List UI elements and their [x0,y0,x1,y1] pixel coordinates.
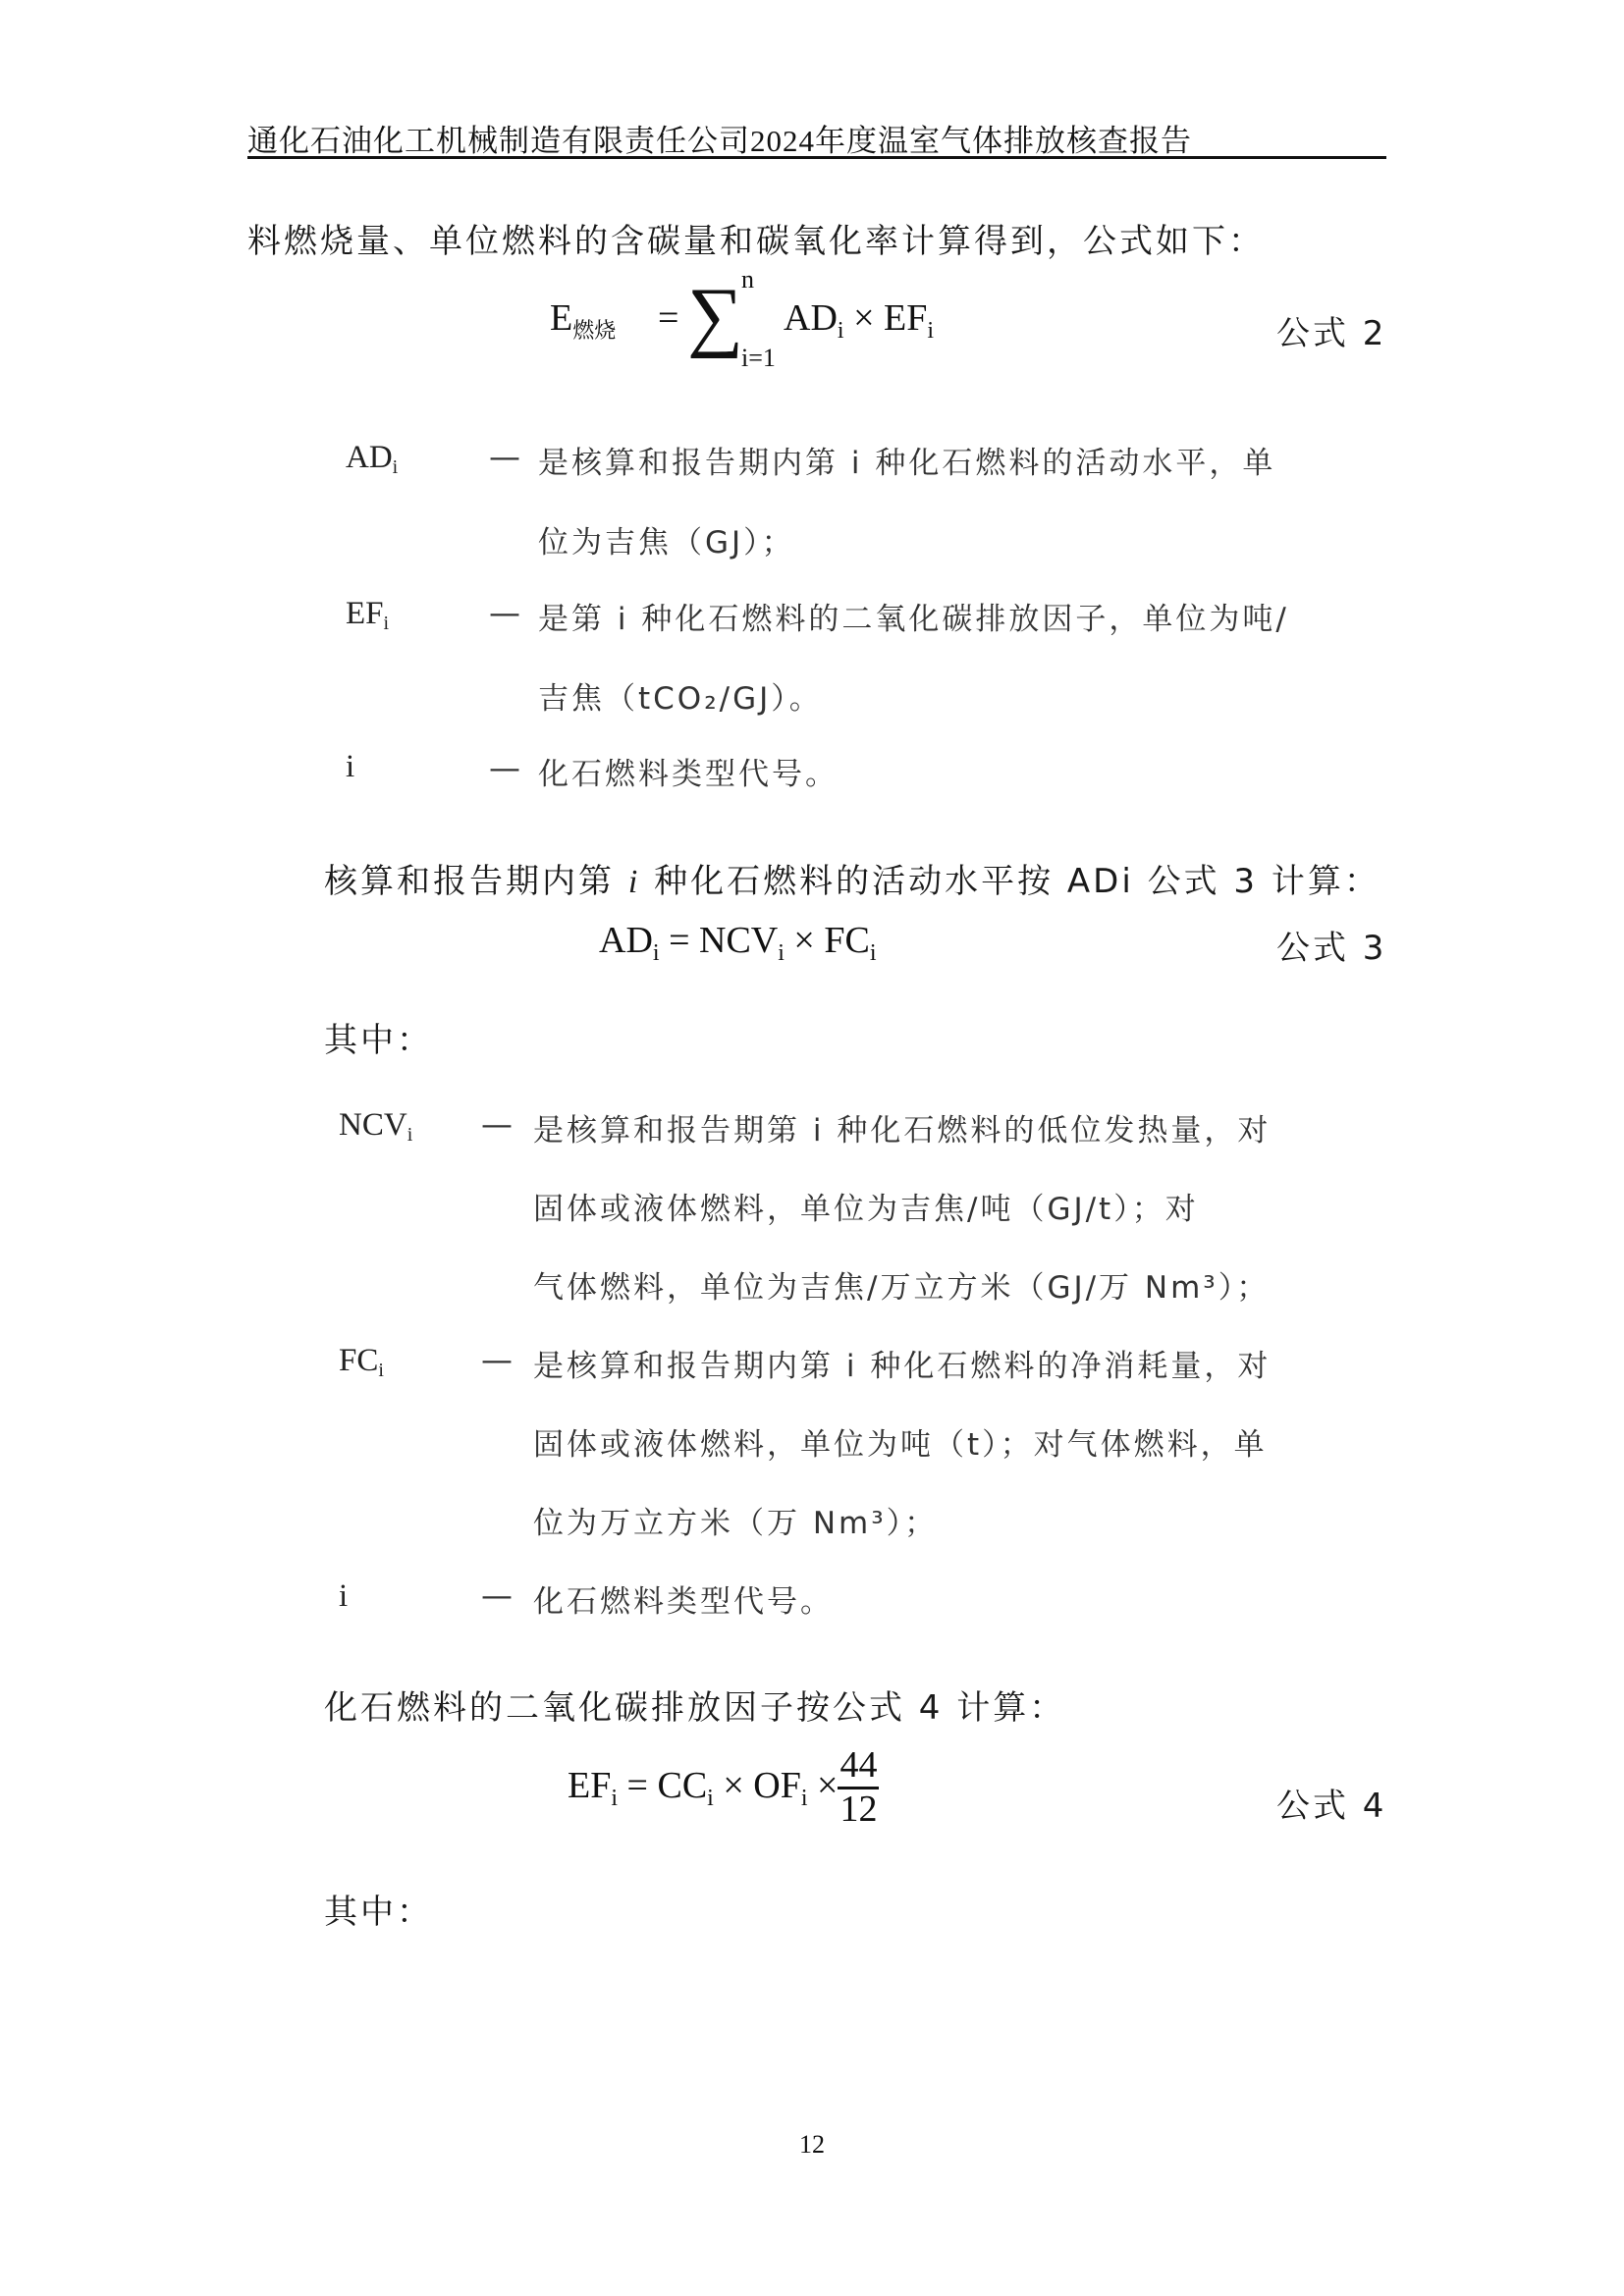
paragraph-intro: 料燃烧量、单位燃料的含碳量和碳氧化率计算得到，公式如下： [247,214,1265,262]
def-term-i: i [339,1578,348,1615]
def-text-line: 固体或液体燃料，单位为吉焦/吨（GJ/t）；对 [533,1184,1199,1228]
where-label: 其中： [324,1013,433,1061]
def-term-ef: EFi [346,596,389,635]
formula-3-label: 公式 3 [1276,921,1386,969]
formula-4: EFi = CCi × OFi ×4412 [568,1745,879,1831]
where-label: 其中： [324,1885,433,1933]
sum-upper-limit: n [741,265,754,294]
def-text-line: 吉焦（tCO₂/GJ）。 [538,673,823,718]
report-header-title: 通化石油化工机械制造有限责任公司2024年度温室气体排放核查报告 [247,116,1192,160]
paragraph-emission-factor: 化石燃料的二氧化碳排放因子按公式 4 计算： [324,1681,1065,1729]
sigma-symbol: ∑ [687,277,743,355]
def-text-line: 化石燃料类型代号。 [538,749,839,793]
fraction-44-12: 4412 [838,1745,879,1831]
def-dash: — [481,1576,513,1614]
def-term-ncv: NCVi [339,1107,412,1147]
def-dash: — [481,1105,513,1143]
formula-2-label: 公式 2 [1276,306,1386,354]
def-text-line: 是核算和报告期内第 i 种化石燃料的净消耗量，对 [533,1341,1271,1385]
page-number: 12 [0,2130,1624,2160]
def-term-fc: FCi [339,1343,384,1382]
def-text-line: 化石燃料类型代号。 [533,1576,834,1621]
sum-lower-limit: i=1 [741,344,776,373]
def-text-line: 是核算和报告期第 i 种化石燃料的低位发热量，对 [533,1105,1271,1149]
def-dash: — [489,438,520,475]
def-term-i: i [346,749,354,785]
formula-2-lhs: E燃烧 [550,296,616,345]
formula-2-rhs: ADi × EFi [784,296,934,345]
def-dash: — [489,594,520,631]
formula-2: E燃烧 = ∑ n i=1 ADi × EFi [550,275,1060,383]
formula-3: ADi = NCVi × FCi [599,919,877,967]
def-text-line: 位为吉焦（GJ）； [538,517,795,561]
def-term-ad: ADi [346,440,398,479]
equals-sign: = [658,296,678,340]
formula-4-label: 公式 4 [1276,1779,1386,1827]
def-text-line: 是第 i 种化石燃料的二氧化碳排放因子，单位为吨/ [538,594,1289,638]
def-text-line: 固体或液体燃料，单位为吨（t）；对气体燃料，单 [533,1419,1268,1464]
header-divider [247,156,1386,159]
def-dash: — [481,1341,513,1378]
def-dash: — [489,749,520,786]
paragraph-activity-level: 核算和报告期内第 i 种化石燃料的活动水平按 ADi 公式 3 计算： [324,854,1380,902]
def-text-line: 位为万立方米（万 Nm³）； [533,1498,938,1542]
def-text-line: 是核算和报告期内第 i 种化石燃料的活动水平，单 [538,438,1275,482]
def-text-line: 气体燃料，单位为吉焦/万立方米（GJ/万 Nm³）； [533,1262,1270,1307]
